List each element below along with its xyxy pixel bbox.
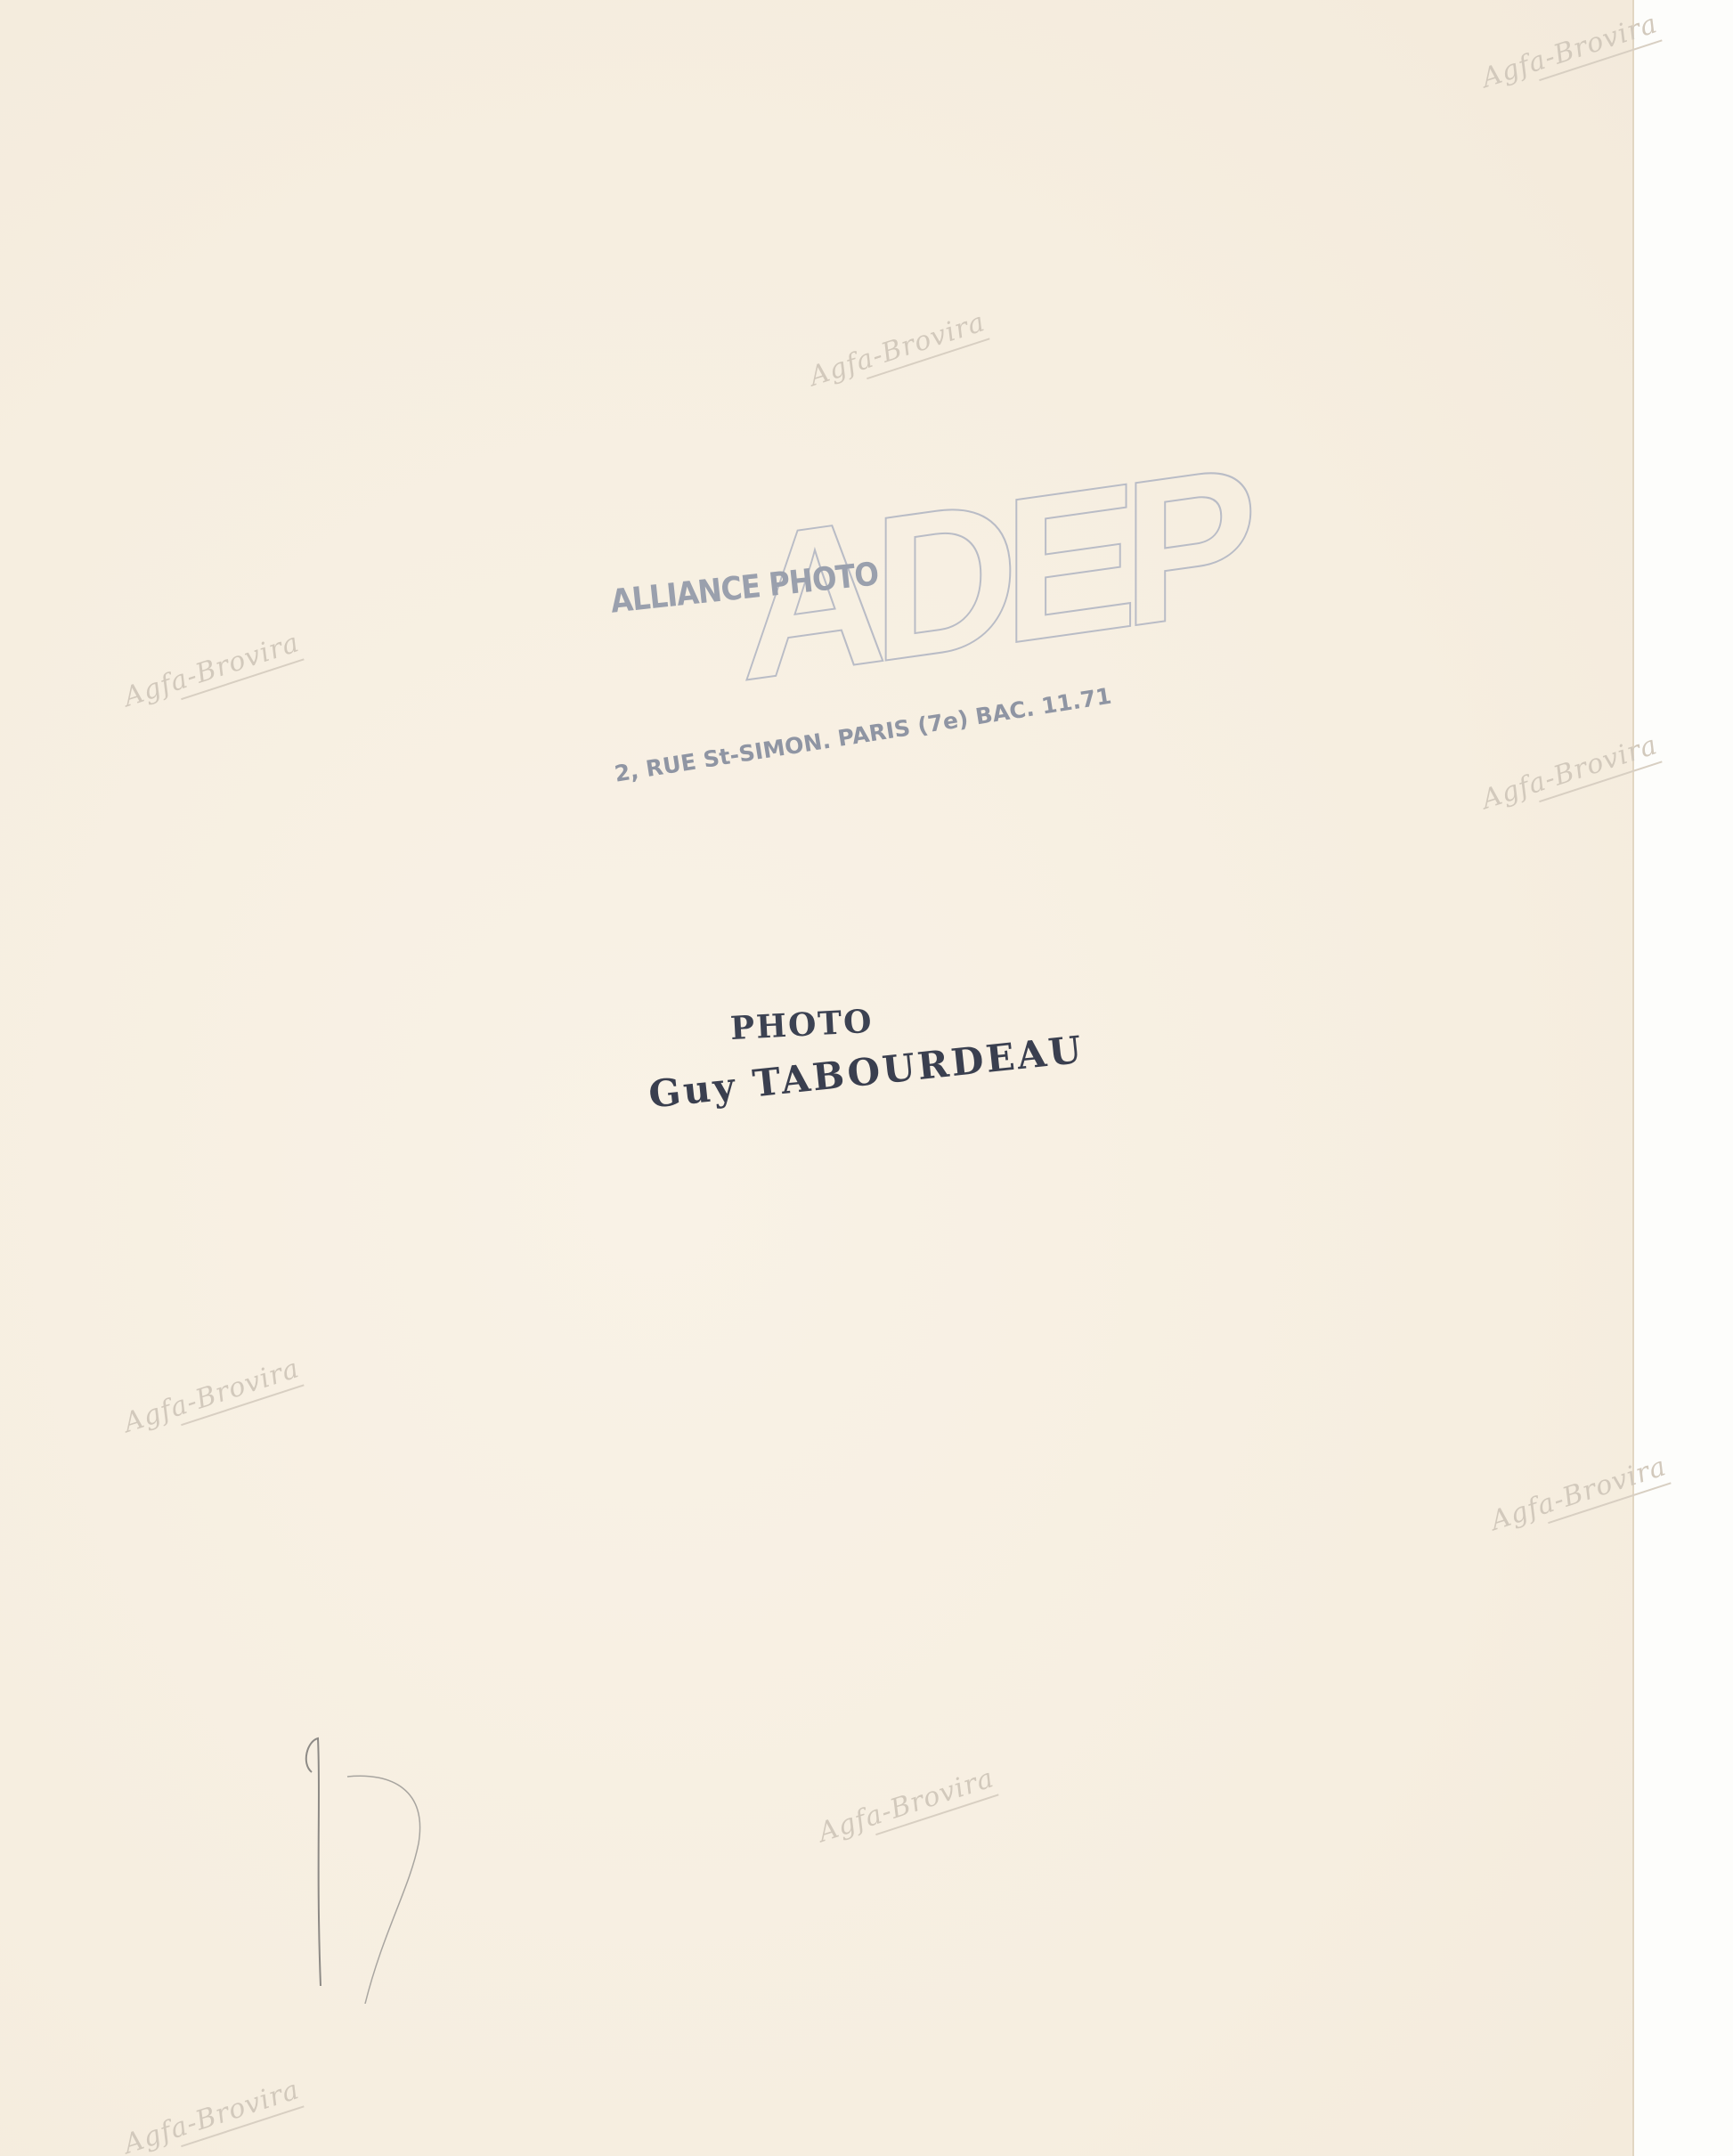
- watermark: Agfa-Brovira: [120, 2074, 304, 2156]
- watermark: Agfa-Brovira: [120, 627, 304, 713]
- watermark: Agfa-Brovira: [1478, 8, 1662, 94]
- watermark: Agfa-Brovira: [1478, 729, 1662, 816]
- photo-back-paper: Agfa-Brovira Agfa-Brovira Agfa-Brovira A…: [0, 0, 1634, 2156]
- watermark: Agfa-Brovira: [120, 1353, 304, 1439]
- watermark: Agfa-Brovira: [806, 306, 989, 393]
- watermark: Agfa-Brovira: [815, 1762, 998, 1849]
- pencil-mark-icon: [294, 1737, 436, 2004]
- watermark: Agfa-Brovira: [1487, 1451, 1671, 1537]
- photographer-credit: Guy TABOURDEAU: [647, 1028, 1086, 1117]
- credit-label: PHOTO: [729, 1003, 875, 1047]
